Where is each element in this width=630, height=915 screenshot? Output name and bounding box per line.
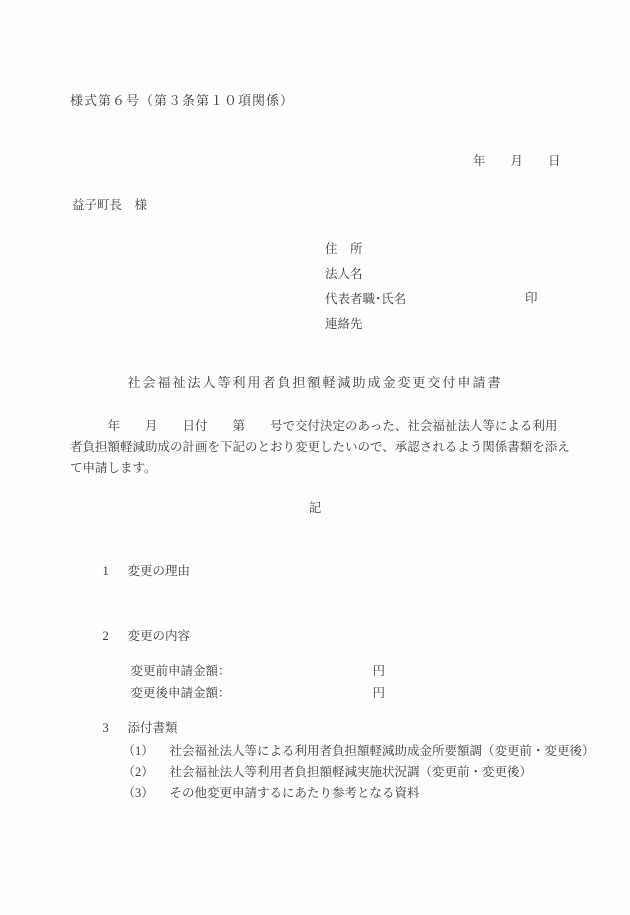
applicant-address-label: 住 所: [325, 239, 363, 257]
attachment-item: （3）その他変更申請するにあたり参考となる資料: [110, 768, 420, 816]
applicant-representative-label: 代表者職･氏名: [325, 289, 406, 307]
date-placeholder: 年 月 日: [473, 151, 561, 169]
attachment-text: その他変更申請するにあたり参考となる資料: [170, 786, 420, 800]
amount-after-change-label: 変更後申請金額：: [131, 683, 373, 701]
item-label: 変更の内容: [128, 629, 191, 643]
applicant-contact-label: 連絡先: [325, 314, 363, 332]
seal-mark: 印: [525, 288, 538, 306]
form-number: 様式第６号（第３条第１０項関係）: [70, 90, 294, 109]
attachment-number: （3）: [123, 783, 170, 801]
item-number: 2: [103, 629, 128, 644]
record-marker: 記: [0, 498, 630, 516]
currency-unit: 円: [373, 686, 386, 700]
document-page: 様式第６号（第３条第１０項関係） 年 月 日 益子町長 様 住 所 法人名 代表…: [0, 0, 630, 915]
document-title: 社会福祉法人等利用者負担額軽減助成金変更交付申請書: [0, 372, 630, 391]
item-number: 1: [103, 564, 128, 579]
item-change-reason: 1変更の理由: [90, 546, 190, 594]
body-paragraph: 年 月 日付 第 号で交付決定のあった、社会福祉法人等による利用 者負担額軽減助…: [70, 416, 575, 479]
addressee: 益子町長 様: [72, 195, 147, 213]
item-label: 変更の理由: [128, 564, 191, 578]
applicant-corporation-label: 法人名: [325, 264, 363, 282]
